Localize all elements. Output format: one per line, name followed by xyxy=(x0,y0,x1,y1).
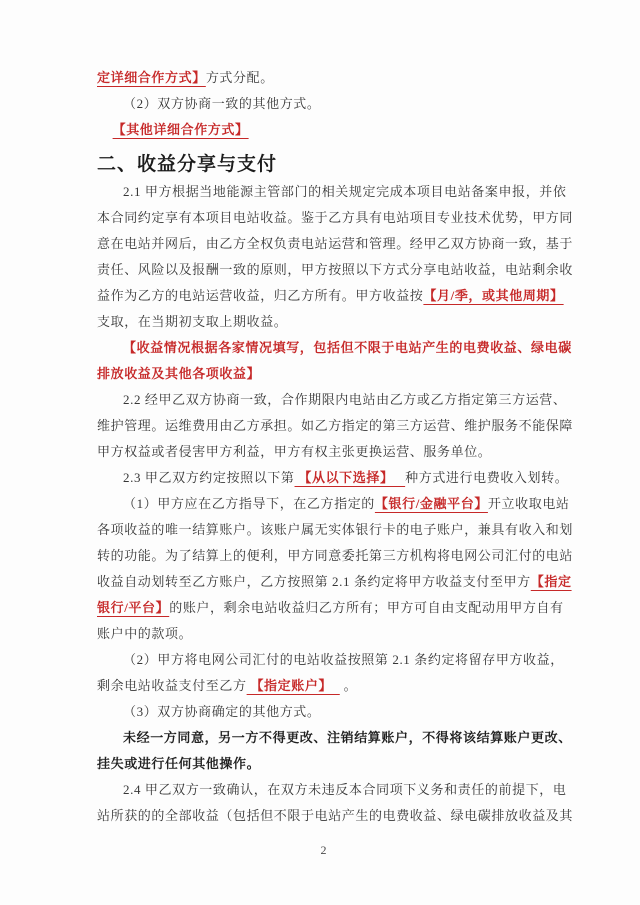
text-segment: 剩余电站收益支付至乙方 xyxy=(97,678,247,693)
document-page: 定详细合作方式】方式分配。（2）双方协商一致的其他方式。【其他详细合作方式】二、… xyxy=(0,0,640,905)
text-line: 维护管理。运维费用由乙方承担。如乙方指定的第三方运营、维护服务不能保障 xyxy=(97,413,550,439)
text-line: 未经一方同意，另一方不得更改、注销结算账户，不得将该结算账户更改、 xyxy=(97,725,550,751)
text-line: 剩余电站收益支付至乙方 【指定账户】 。 xyxy=(97,673,550,699)
text-segment: （1）甲方应在乙方指导下，在乙方指定的 xyxy=(123,496,375,511)
text-segment: 各项收益的唯一结算账户。该账户属无实体银行卡的电子账户，兼具有收入和划 xyxy=(97,522,573,537)
page-number: 2 xyxy=(97,843,550,858)
placeholder-field: 【收益情况根据各家情况填写，包括但不限于电站产生的电费收益、绿电碳 xyxy=(123,340,572,355)
text-line: （2）甲方将电网公司汇付的电站收益按照第 2.1 条约定将留存甲方收益， xyxy=(97,647,550,673)
text-line: （1）甲方应在乙方指导下，在乙方指定的【银行/金融平台】开立收取电站 xyxy=(97,491,550,517)
text-line: 责任、风险以及报酬一致的原则，甲方按照以下方式分享电站收益，电站剩余收 xyxy=(97,257,550,283)
text-segment: （2）双方协商一致的其他方式。 xyxy=(123,96,321,111)
text-segment: 2.4 甲乙双方一致确认，在双方未违反本合同项下义务和责任的前提下，电 xyxy=(123,782,567,797)
text-segment: 种方式进行电费收入划转。 xyxy=(405,470,568,485)
placeholder-field: 【从以下选择】 xyxy=(295,470,406,485)
text-segment: （2）甲方将电网公司汇付的电站收益按照第 2.1 条约定将留存甲方收益， xyxy=(123,652,564,667)
document-body: 定详细合作方式】方式分配。（2）双方协商一致的其他方式。【其他详细合作方式】二、… xyxy=(97,65,550,829)
text-segment: 2.1 甲方根据当地能源主管部门的相关规定完成本项目电站备案申报，并依 xyxy=(123,184,567,199)
text-segment: 益作为乙方的电站运营收益，归乙方所有。甲方收益按 xyxy=(97,288,423,303)
text-line: 益作为乙方的电站运营收益，归乙方所有。甲方收益按【月/季，或其他周期】 xyxy=(97,283,550,309)
text-segment: 挂失或进行任何其他操作。 xyxy=(97,756,260,771)
text-segment: 维护管理。运维费用由乙方承担。如乙方指定的第三方运营、维护服务不能保障 xyxy=(97,418,573,433)
text-segment: 。 xyxy=(340,678,357,693)
text-line: 2.1 甲方根据当地能源主管部门的相关规定完成本项目电站备案申报，并依 xyxy=(97,179,550,205)
text-segment: 甲方权益或者侵害甲方利益，甲方有权主张更换运营、服务单位。 xyxy=(97,444,491,459)
text-segment: 意在电站并网后，由乙方全权负责电站运营和管理。经甲乙双方协商一致，基于 xyxy=(97,236,573,251)
text-segment: 开立收取电站 xyxy=(488,496,570,511)
text-line: （2）双方协商一致的其他方式。 xyxy=(97,91,550,117)
text-line: 银行/平台】的账户，剩余电站收益归乙方所有；甲方可自由支配动用甲方自有 xyxy=(97,595,550,621)
text-line: 【收益情况根据各家情况填写，包括但不限于电站产生的电费收益、绿电碳 xyxy=(97,335,550,361)
text-line: （3）双方协商确定的其他方式。 xyxy=(97,699,550,725)
text-segment: 支取，在当期初支取上期收益。 xyxy=(97,314,287,329)
placeholder-field: 排放收益及其他各项收益】 xyxy=(97,366,260,381)
text-segment: 2.2 经甲乙双方协商一致，合作期限内电站由乙方或乙方指定第三方运营、 xyxy=(123,392,567,407)
placeholder-field: 【指定账户】 xyxy=(247,678,340,693)
text-segment: 二、收益分享与支付 xyxy=(97,154,277,175)
text-segment: 2.3 甲乙双方约定按照以下第 xyxy=(123,470,295,485)
text-line: 支取，在当期初支取上期收益。 xyxy=(97,309,550,335)
section-heading: 二、收益分享与支付 xyxy=(97,151,550,178)
text-line: 挂失或进行任何其他操作。 xyxy=(97,751,550,777)
text-segment: 账户中的款项。 xyxy=(97,626,192,641)
text-line: 站所获的的全部收益（包括但不限于电站产生的电费收益、绿电碳排放收益及其 xyxy=(97,803,550,829)
text-line: 账户中的款项。 xyxy=(97,621,550,647)
text-segment: 收益自动划转至乙方账户，乙方按照第 2.1 条约定将甲方收益支付至甲方 xyxy=(97,574,531,589)
text-segment: 方式分配。 xyxy=(206,70,274,85)
text-segment: 站所获的的全部收益（包括但不限于电站产生的电费收益、绿电碳排放收益及其 xyxy=(97,808,573,823)
text-line: 收益自动划转至乙方账户，乙方按照第 2.1 条约定将甲方收益支付至甲方【指定 xyxy=(97,569,550,595)
text-segment: 未经一方同意，另一方不得更改、注销结算账户，不得将该结算账户更改、 xyxy=(123,730,572,745)
text-line: 甲方权益或者侵害甲方利益，甲方有权主张更换运营、服务单位。 xyxy=(97,439,550,465)
text-segment: 责任、风险以及报酬一致的原则，甲方按照以下方式分享电站收益，电站剩余收 xyxy=(97,262,573,277)
text-line: 【其他详细合作方式】 xyxy=(97,117,550,143)
text-line: 转的功能。为了结算上的便利，甲方同意委托第三方机构将电网公司汇付的电站 xyxy=(97,543,550,569)
text-segment: 的账户，剩余电站收益归乙方所有；甲方可自由支配动用甲方自有 xyxy=(169,600,563,615)
placeholder-field: 定详细合作方式】 xyxy=(97,70,206,85)
text-segment: 本合同约定享有本项目电站收益。鉴于乙方具有电站项目专业技术优势，甲方同 xyxy=(97,210,573,225)
placeholder-field: 【月/季，或其他周期】 xyxy=(423,288,563,303)
text-line: 排放收益及其他各项收益】 xyxy=(97,361,550,387)
placeholder-field: 【其他详细合作方式】 xyxy=(113,122,249,137)
text-line: 2.4 甲乙双方一致确认，在双方未违反本合同项下义务和责任的前提下，电 xyxy=(97,777,550,803)
text-line: 定详细合作方式】方式分配。 xyxy=(97,65,550,91)
placeholder-field: 银行/平台】 xyxy=(97,600,169,615)
text-segment: 转的功能。为了结算上的便利，甲方同意委托第三方机构将电网公司汇付的电站 xyxy=(97,548,573,563)
text-line: 2.3 甲乙双方约定按照以下第 【从以下选择】 种方式进行电费收入划转。 xyxy=(97,465,550,491)
text-line: 2.2 经甲乙双方协商一致，合作期限内电站由乙方或乙方指定第三方运营、 xyxy=(97,387,550,413)
text-segment: （3）双方协商确定的其他方式。 xyxy=(123,704,321,719)
text-line: 意在电站并网后，由乙方全权负责电站运营和管理。经甲乙双方协商一致，基于 xyxy=(97,231,550,257)
placeholder-field: 【指定 xyxy=(531,574,572,589)
placeholder-field: 【银行/金融平台】 xyxy=(375,496,488,511)
text-line: 本合同约定享有本项目电站收益。鉴于乙方具有电站项目专业技术优势，甲方同 xyxy=(97,205,550,231)
text-line: 各项收益的唯一结算账户。该账户属无实体银行卡的电子账户，兼具有收入和划 xyxy=(97,517,550,543)
